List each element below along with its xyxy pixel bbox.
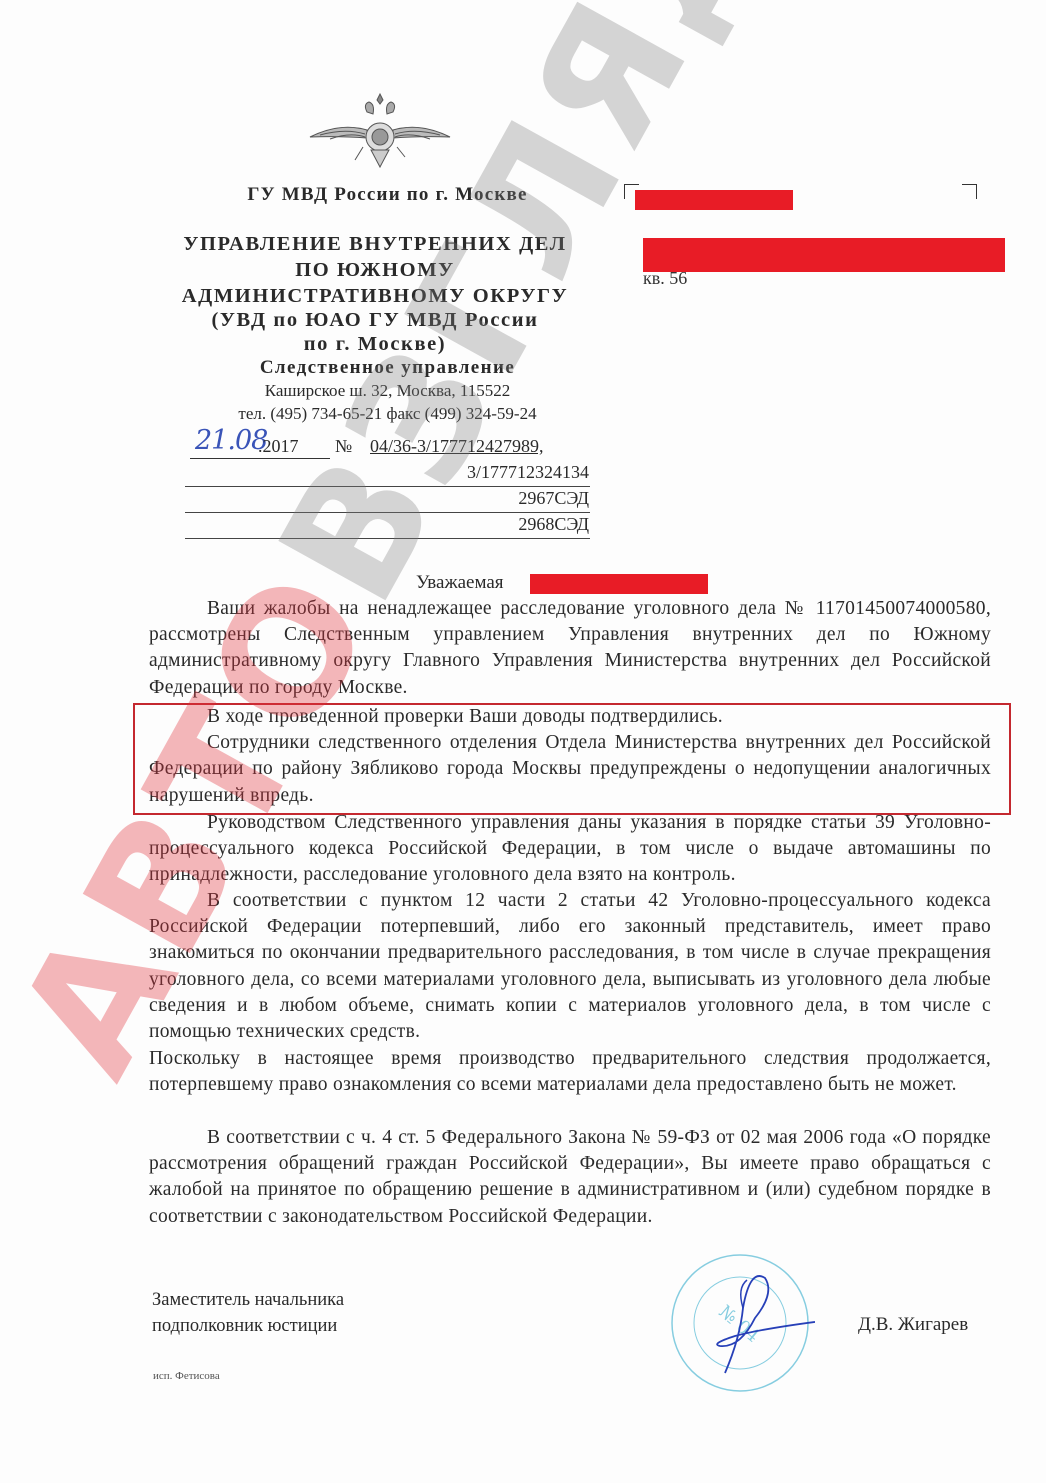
signatory-title-2: подполковник юстиции <box>152 1316 337 1337</box>
ministry-name: ГУ МВД России по г. Москве <box>205 184 570 206</box>
registration-number-1: 04/36-3/177712427989, <box>370 436 544 457</box>
registration-number-3: 2967СЭД <box>518 488 589 509</box>
official-stamp-icon: № 04 <box>665 1248 815 1398</box>
document-page: ГУ МВД России по г. Москве УПРАВЛЕНИЕ ВН… <box>0 0 1046 1483</box>
department-phone-fax: тел. (495) 734-65-21 факс (499) 324-59-2… <box>200 404 575 424</box>
registration-number-2: 3/177712324134 <box>467 462 589 483</box>
divider <box>185 512 590 513</box>
paragraph-findings: В ходе проведенной проверки Ваши доводы … <box>149 704 991 809</box>
salutation: Уважаемая <box>416 572 504 593</box>
mvd-emblem-icon <box>305 92 455 172</box>
department-address: Каширское ш. 32, Москва, 115522 <box>200 381 575 401</box>
signatory-name: Д.В. Жигарев <box>858 1314 968 1336</box>
department-line-5: по г. Москве) <box>180 333 570 356</box>
date-underline <box>190 458 330 459</box>
redaction-bar <box>643 238 1005 272</box>
department-line-1: УПРАВЛЕНИЕ ВНУТРЕННИХ ДЕЛ <box>180 233 570 256</box>
department-line-4: (УВД по ЮАО ГУ МВД России <box>180 309 570 332</box>
executor-note: исп. Фетисова <box>153 1370 220 1382</box>
registration-number-4: 2968СЭД <box>518 514 589 535</box>
redaction-bar <box>530 574 708 594</box>
divider <box>185 486 590 487</box>
paragraph-complaint-review: Ваши жалобы на ненадлежащее расследовани… <box>149 596 991 701</box>
date-year: .2017 <box>258 436 299 457</box>
signatory-title-1: Заместитель начальника <box>152 1290 344 1311</box>
redaction-bar <box>635 190 793 210</box>
paragraph-victim-rights: В соответствии с пунктом 12 части 2 стат… <box>149 888 991 1045</box>
handwritten-date: 21.08 <box>195 425 267 456</box>
number-sign: № <box>335 436 352 457</box>
address-corner-mark <box>962 184 977 199</box>
divider <box>185 538 590 539</box>
paragraph-investigation-ongoing: Поскольку в настоящее время производство… <box>149 1046 991 1098</box>
subdivision-name: Следственное управление <box>205 357 570 379</box>
paragraph-instructions: Руководством Следственного управления да… <box>149 810 991 889</box>
paragraph-appeal-rights: В соответствии с ч. 4 ст. 5 Федерального… <box>149 1125 991 1230</box>
department-line-2: ПО ЮЖНОМУ <box>180 259 570 282</box>
department-line-3: АДМИНИСТРАТИВНОМУ ОКРУГУ <box>180 285 570 308</box>
